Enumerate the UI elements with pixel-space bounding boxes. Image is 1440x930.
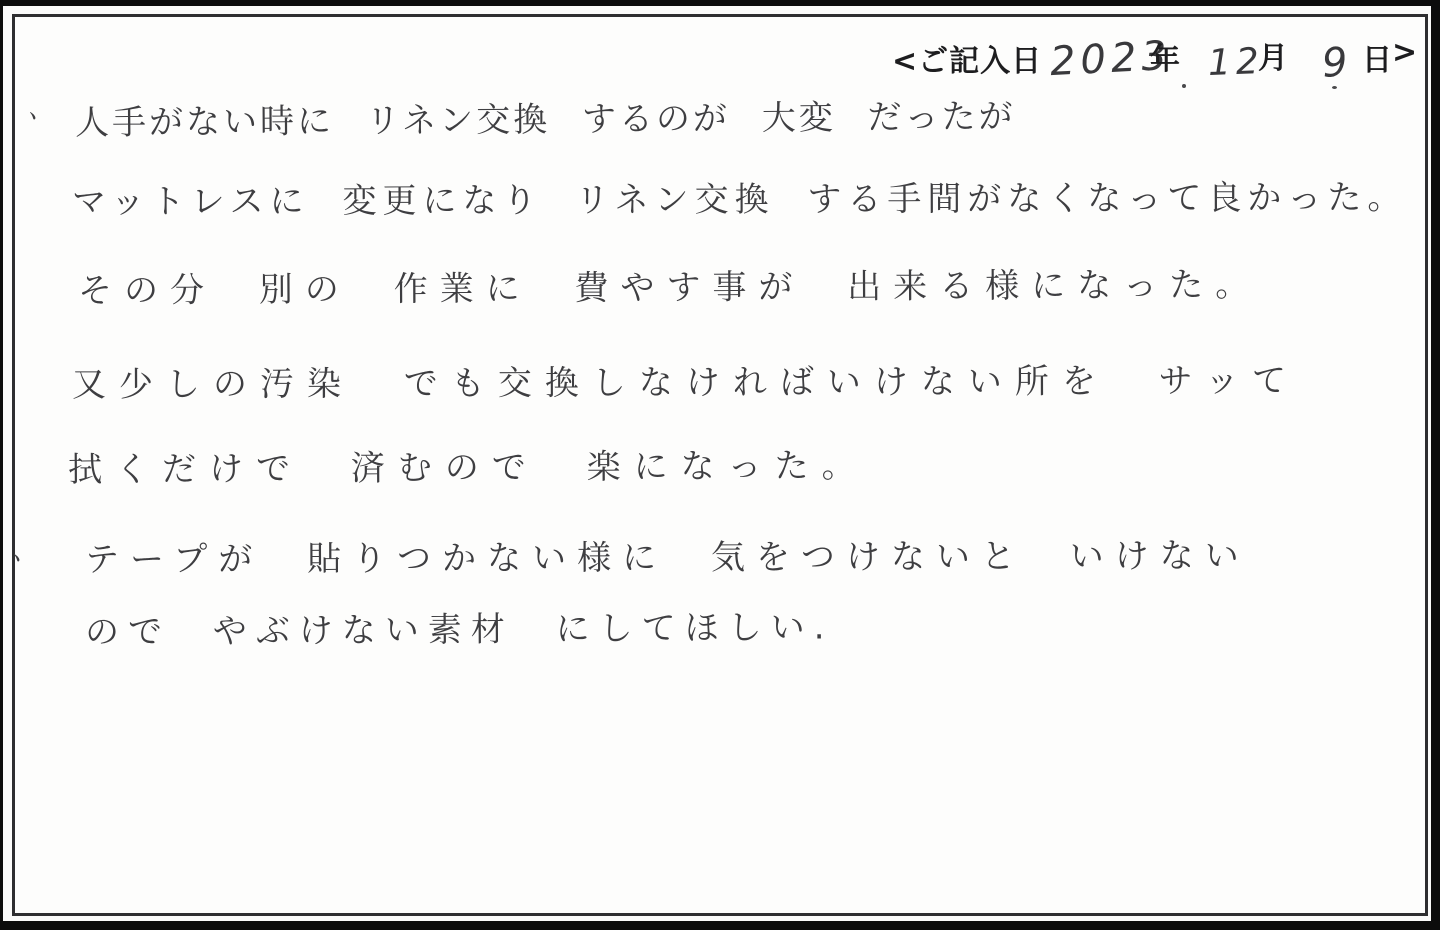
entry-date-label: <ご記入日 <box>892 36 1042 80</box>
entry-date-day-value: 9 <box>1320 39 1354 87</box>
handwritten-line-6: テープが 貼りつかない様に 気をつけないと いけない <box>85 528 1250 581</box>
scan-speck <box>1182 84 1186 88</box>
handwritten-line-3: その分 別の 作業に 費やす事が 出来る様になった。 <box>78 257 1261 312</box>
scan-speck <box>1332 86 1337 89</box>
entry-date-day-unit: 日 <box>1362 35 1393 79</box>
scan-edge-bottom <box>0 921 1440 930</box>
handwritten-line-4: 又少しの汚染 でも交換しなければいけない所を サッて <box>72 353 1299 406</box>
handwritten-line-5: 拭くだけで 済むので 楽になった。 <box>68 438 869 491</box>
entry-date-year-unit: 年 <box>1150 34 1181 78</box>
handwritten-line-2: マットレスに 変更になり リネン交換 する手間がなくなって良かった。 <box>72 170 1408 224</box>
handwritten-line-1: 人手がない時に リネン交換 するのが 大変 だったが <box>75 89 1016 145</box>
entry-date-month-unit: 月 <box>1258 33 1289 77</box>
scan-edge-left <box>0 0 3 930</box>
scan-edge-right <box>1431 0 1440 930</box>
scan-edge-top <box>0 0 1440 6</box>
entry-date-label-close: > <box>1392 35 1418 70</box>
handwritten-line-7: ので やぶけない素材 にしてほしい. <box>85 599 834 653</box>
entry-date-month-value: 12 <box>1207 41 1264 84</box>
